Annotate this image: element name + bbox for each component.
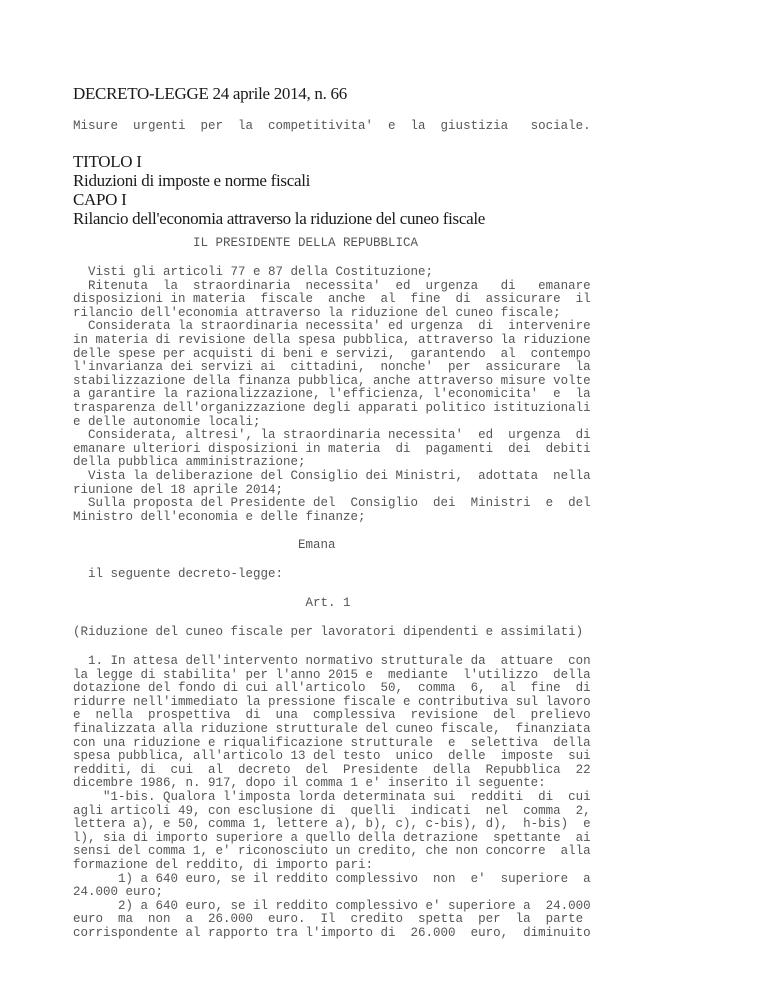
- article-line: 1. In attesa dell'intervento normativo s…: [73, 655, 591, 669]
- preamble-line: disposizioni in materia fiscale anche al…: [73, 293, 591, 307]
- preamble-line: riunione del 18 aprile 2014;: [73, 484, 591, 498]
- decree-title: DECRETO-LEGGE 24 aprile 2014, n. 66: [73, 84, 347, 103]
- article-line: e nella prospettiva di una complessiva r…: [73, 709, 591, 723]
- preamble-line: Considerata la straordinaria necessita' …: [73, 320, 591, 334]
- article-line: l), sia di importo superiore a quello de…: [73, 832, 591, 846]
- preamble-line: Visti gli articoli 77 e 87 della Costitu…: [73, 266, 591, 280]
- preamble-line: trasparenza dell'organizzazione degli ap…: [73, 402, 591, 416]
- preamble-line: delle spese per acquisti di beni e servi…: [73, 348, 591, 362]
- preamble-line: Ministro dell'economia e delle finanze;: [73, 511, 591, 525]
- preamble-line: Considerata, altresi', la straordinaria …: [73, 429, 591, 443]
- preamble-line: emanare ulteriori disposizioni in materi…: [73, 443, 591, 457]
- heading-titolo: TITOLO I: [73, 152, 142, 171]
- article-line: 24.000 euro;: [73, 886, 591, 900]
- article-line: spesa pubblica, all'articolo 13 del test…: [73, 750, 591, 764]
- heading-capo-description: Rilancio dell'economia attraverso la rid…: [73, 209, 485, 228]
- preamble-line: in materia di revisione della spesa pubb…: [73, 334, 591, 348]
- article-line: corrispondente al rapporto tra l'importo…: [73, 927, 591, 941]
- heading-capo: CAPO I: [73, 190, 126, 209]
- article-line: agli articoli 49, con esclusione di quel…: [73, 805, 591, 819]
- article-line: finalizzata alla riduzione strutturale d…: [73, 723, 591, 737]
- preamble-line: Vista la deliberazione del Consiglio dei…: [73, 470, 591, 484]
- preamble-line: l'invarianza dei servizi ai cittadini, n…: [73, 361, 591, 375]
- article-line: euro ma non a 26.000 euro. Il credito sp…: [73, 913, 591, 927]
- article-line: "1-bis. Qualora l'imposta lorda determin…: [73, 791, 591, 805]
- authority-line: IL PRESIDENTE DELLA REPUBBLICA: [73, 237, 418, 251]
- article-line: ridurre nell'immediato la pressione fisc…: [73, 696, 591, 710]
- article-line: sensi del comma 1, e' riconosciuto un cr…: [73, 845, 591, 859]
- article-line: con una riduzione e riqualificazione str…: [73, 737, 591, 751]
- preamble: Visti gli articoli 77 e 87 della Costitu…: [73, 266, 591, 524]
- heading-titolo-description: Riduzioni di imposte e norme fiscali: [73, 171, 310, 190]
- emana-line: Emana: [73, 539, 336, 553]
- article-line: dotazione del fondo di cui all'articolo …: [73, 682, 591, 696]
- article-body: 1. In attesa dell'intervento normativo s…: [73, 655, 591, 940]
- article-line: 2) a 640 euro, se il reddito complessivo…: [73, 900, 591, 914]
- article-line: formazione del reddito, di importo pari:: [73, 859, 591, 873]
- article-line: redditi, di cui al decreto del President…: [73, 764, 591, 778]
- preamble-line: Sulla proposta del Presidente del Consig…: [73, 497, 591, 511]
- preamble-line: rilancio dell'economia attraverso la rid…: [73, 307, 591, 321]
- article-title: (Riduzione del cuneo fiscale per lavorat…: [73, 626, 583, 640]
- article-number: Art. 1: [73, 597, 351, 611]
- preamble-line: a garantire la razionalizzazione, l'effi…: [73, 388, 591, 402]
- preamble-line: della pubblica amministrazione;: [73, 456, 591, 470]
- preamble-line: Ritenuta la straordinaria necessita' ed …: [73, 280, 591, 294]
- document-page: DECRETO-LEGGE 24 aprile 2014, n. 66 Misu…: [0, 0, 768, 994]
- article-line: la legge di stabilita' per l'anno 2015 e…: [73, 669, 591, 683]
- preamble-line: e delle autonomie locali;: [73, 416, 591, 430]
- article-line: lettera a), e 50, comma 1, lettere a), b…: [73, 818, 591, 832]
- enacting-clause: il seguente decreto-legge:: [73, 568, 283, 582]
- decree-subtitle: Misure urgenti per la competitivita' e l…: [73, 120, 591, 134]
- article-line: 1) a 640 euro, se il reddito complessivo…: [73, 873, 591, 887]
- preamble-line: stabilizzazione della finanza pubblica, …: [73, 375, 591, 389]
- article-line: dicembre 1986, n. 917, dopo il comma 1 e…: [73, 777, 591, 791]
